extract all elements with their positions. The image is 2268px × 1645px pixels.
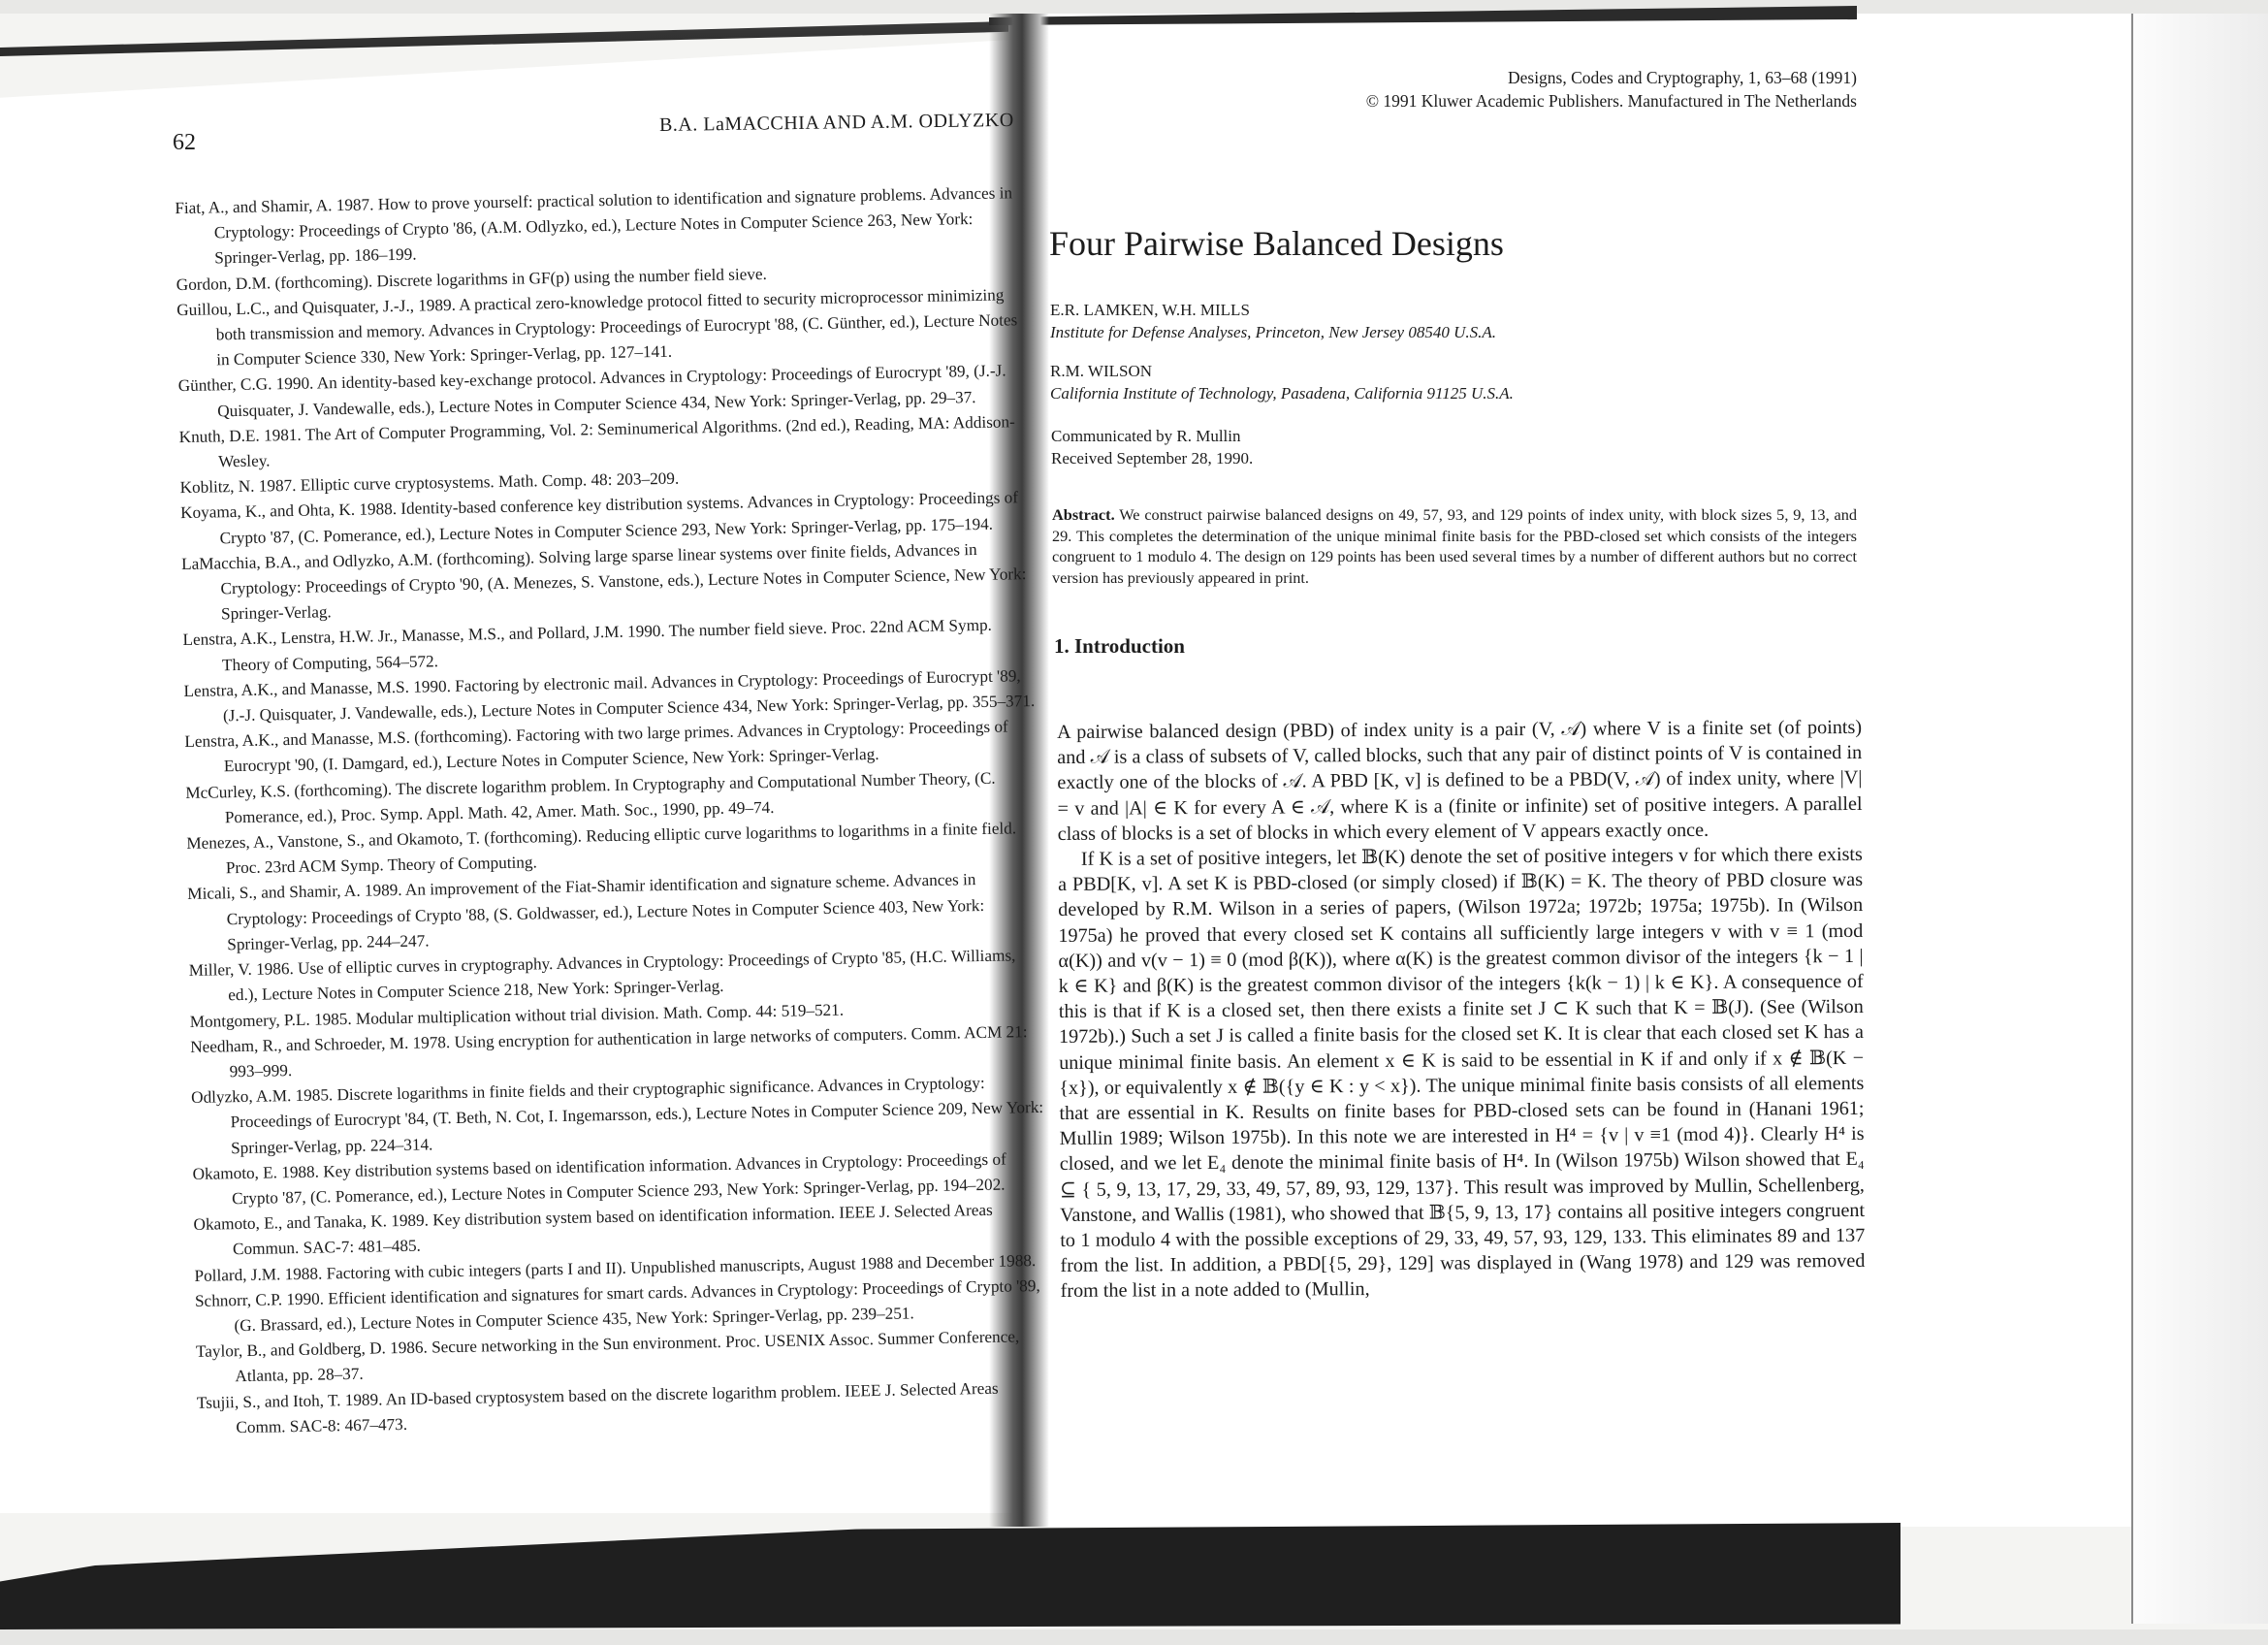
reference-list: Fiat, A., and Shamir, A. 1987. How to pr… (175, 180, 1050, 1441)
scan-shadow-bottom (0, 1523, 1901, 1629)
abstract-label: Abstract. (1052, 505, 1115, 524)
paragraph: If K is a set of positive integers, let … (1058, 842, 1866, 1305)
article-title: Four Pairwise Balanced Designs (1049, 223, 1504, 264)
scan-bottom-band (0, 1629, 2268, 1645)
abstract-text: We construct pairwise balanced designs o… (1052, 505, 1857, 587)
scan-right-margin (2131, 14, 2268, 1624)
scan-top-band (0, 0, 2268, 14)
copyright-line: © 1991 Kluwer Academic Publishers. Manuf… (1366, 91, 1857, 112)
received-date: Received September 28, 1990. (1051, 449, 1253, 468)
authors-2: R.M. WILSON (1050, 362, 1152, 381)
abstract: Abstract. We construct pairwise balanced… (1052, 504, 1857, 588)
authors-1: E.R. LAMKEN, W.H. MILLS (1050, 301, 1250, 320)
section-heading: 1. Introduction (1054, 634, 1185, 659)
journal-citation: Designs, Codes and Cryptography, 1, 63–6… (1508, 68, 1857, 88)
paragraph: A pairwise balanced design (PBD) of inde… (1057, 715, 1863, 847)
affiliation-1: Institute for Defense Analyses, Princeto… (1050, 323, 1496, 342)
communicated-by: Communicated by R. Mullin (1051, 427, 1241, 446)
page-number: 62 (173, 130, 196, 156)
journal-header: Designs, Codes and Cryptography, 1, 63–6… (1338, 68, 1857, 116)
body-text: A pairwise balanced design (PBD) of inde… (1057, 715, 1866, 1305)
affiliation-2: California Institute of Technology, Pasa… (1050, 384, 1514, 403)
